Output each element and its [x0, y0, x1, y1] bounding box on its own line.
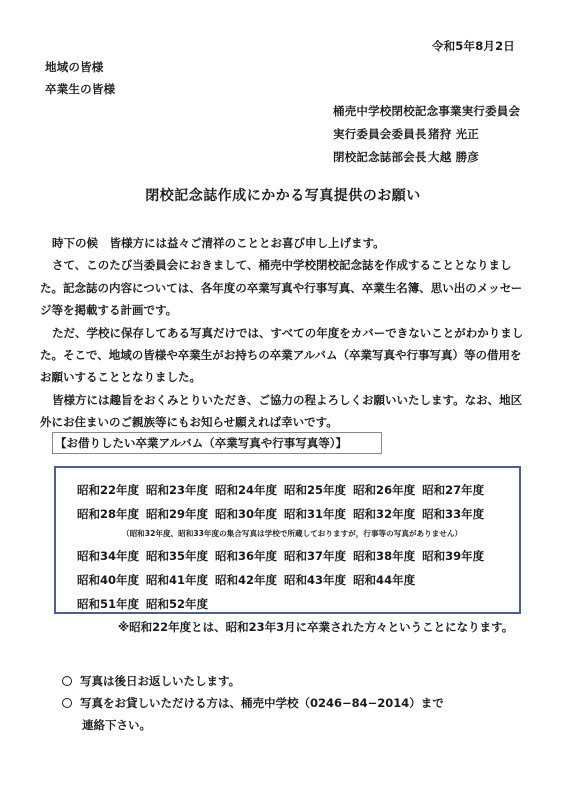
- year-item: 昭和52年度: [146, 597, 208, 611]
- year-item: 昭和31年度: [284, 507, 346, 521]
- signatory-name-chair: 猪狩 光正: [428, 126, 479, 142]
- year-item: 昭和26年度: [353, 483, 415, 497]
- year-row: 昭和22年度昭和23年度昭和24年度昭和25年度昭和26年度昭和27年度: [77, 482, 491, 498]
- year-item: 昭和38年度: [353, 549, 415, 563]
- year-item: 昭和36年度: [215, 549, 277, 563]
- albums-section-label: 【お借りしたい卒業アルバム（卒業写真や行事写真等）】: [52, 432, 382, 454]
- year-row: 昭和28年度昭和29年度昭和30年度昭和31年度昭和32年度昭和33年度: [77, 506, 491, 522]
- year-item: 昭和37年度: [284, 549, 346, 563]
- addressee-graduates: 卒業生の皆様: [45, 81, 115, 97]
- notice-item: 写真は後日お返しいたします。: [62, 670, 444, 692]
- notice-text: 写真をお貸しいただける方は、桶売中学校（0246−84−2014）まで: [80, 696, 444, 710]
- year-item: 昭和27年度: [422, 483, 484, 497]
- year-item: 昭和30年度: [215, 507, 277, 521]
- year-item: 昭和51年度: [77, 597, 139, 611]
- year-row: 昭和40年度昭和41年度昭和42年度昭和43年度昭和44年度: [77, 572, 422, 588]
- sender-organization: 桶売中学校閉校記念事業実行委員会: [333, 103, 520, 119]
- body-text: 時下の候 皆様方には益々ご清祥のこととお喜び申し上げます。 さて、このたび当委員…: [40, 232, 526, 434]
- paragraph-closing: 皆様方には趣旨をおくみとりいただき、ご協力の程よろしくお願いいたします。なお、地…: [40, 389, 526, 434]
- notice-continuation: 連絡下さい。: [62, 714, 444, 736]
- year-item: 昭和41年度: [146, 573, 208, 587]
- paragraph-purpose: さて、このたび当委員会におきまして、桶売中学校閉校記念誌を作成することとなりまし…: [40, 254, 526, 321]
- album-years-note: （昭和32年度、昭和33年度の集合写真は学校で所蔵しておりますが，行事等の写真が…: [122, 528, 462, 539]
- document-title: 閉校記念誌作成にかかる写真提供のお願い: [0, 185, 566, 205]
- year-item: 昭和39年度: [422, 549, 484, 563]
- circle-bullet-icon: [62, 698, 72, 708]
- year-item: 昭和22年度: [77, 483, 139, 497]
- album-years-box: 昭和22年度昭和23年度昭和24年度昭和25年度昭和26年度昭和27年度 昭和2…: [54, 466, 521, 614]
- year-item: 昭和34年度: [77, 549, 139, 563]
- signatory-role-subcommittee: 閉校記念誌部会長: [333, 149, 427, 165]
- year-item: 昭和23年度: [146, 483, 208, 497]
- signatory-name-subcommittee: 大越 勝彦: [428, 149, 479, 165]
- year-item: 昭和28年度: [77, 507, 139, 521]
- paragraph-request: ただ、学校に保存してある写真だけでは、すべての年度をカバーできないことがわかりま…: [40, 322, 526, 389]
- year-row: 昭和34年度昭和35年度昭和36年度昭和37年度昭和38年度昭和39年度: [77, 548, 491, 564]
- circle-bullet-icon: [62, 676, 72, 686]
- signatory-role-chair: 実行委員会委員長: [333, 126, 427, 142]
- paragraph-greeting: 時下の候 皆様方には益々ご清祥のこととお喜び申し上げます。: [40, 232, 526, 254]
- year-row: 昭和51年度昭和52年度: [77, 596, 215, 612]
- year-item: 昭和43年度: [284, 573, 346, 587]
- addressee-local-residents: 地域の皆様: [45, 59, 104, 75]
- notices-list: 写真は後日お返しいたします。 写真をお貸しいただける方は、桶売中学校（0246−…: [62, 670, 444, 736]
- year-item: 昭和42年度: [215, 573, 277, 587]
- year-item: 昭和35年度: [146, 549, 208, 563]
- year-item: 昭和25年度: [284, 483, 346, 497]
- year-item: 昭和24年度: [215, 483, 277, 497]
- album-footnote: ※昭和22年度とは、昭和23年3月に卒業された方々ということになります。: [118, 619, 513, 635]
- year-item: 昭和29年度: [146, 507, 208, 521]
- year-item: 昭和44年度: [353, 573, 415, 587]
- year-item: 昭和40年度: [77, 573, 139, 587]
- year-item: 昭和32年度: [353, 507, 415, 521]
- year-item: 昭和33年度: [422, 507, 484, 521]
- document-date: 令和5年8月2日: [432, 38, 515, 54]
- notice-text: 写真は後日お返しいたします。: [80, 674, 240, 688]
- notice-item: 写真をお貸しいただける方は、桶売中学校（0246−84−2014）まで: [62, 692, 444, 714]
